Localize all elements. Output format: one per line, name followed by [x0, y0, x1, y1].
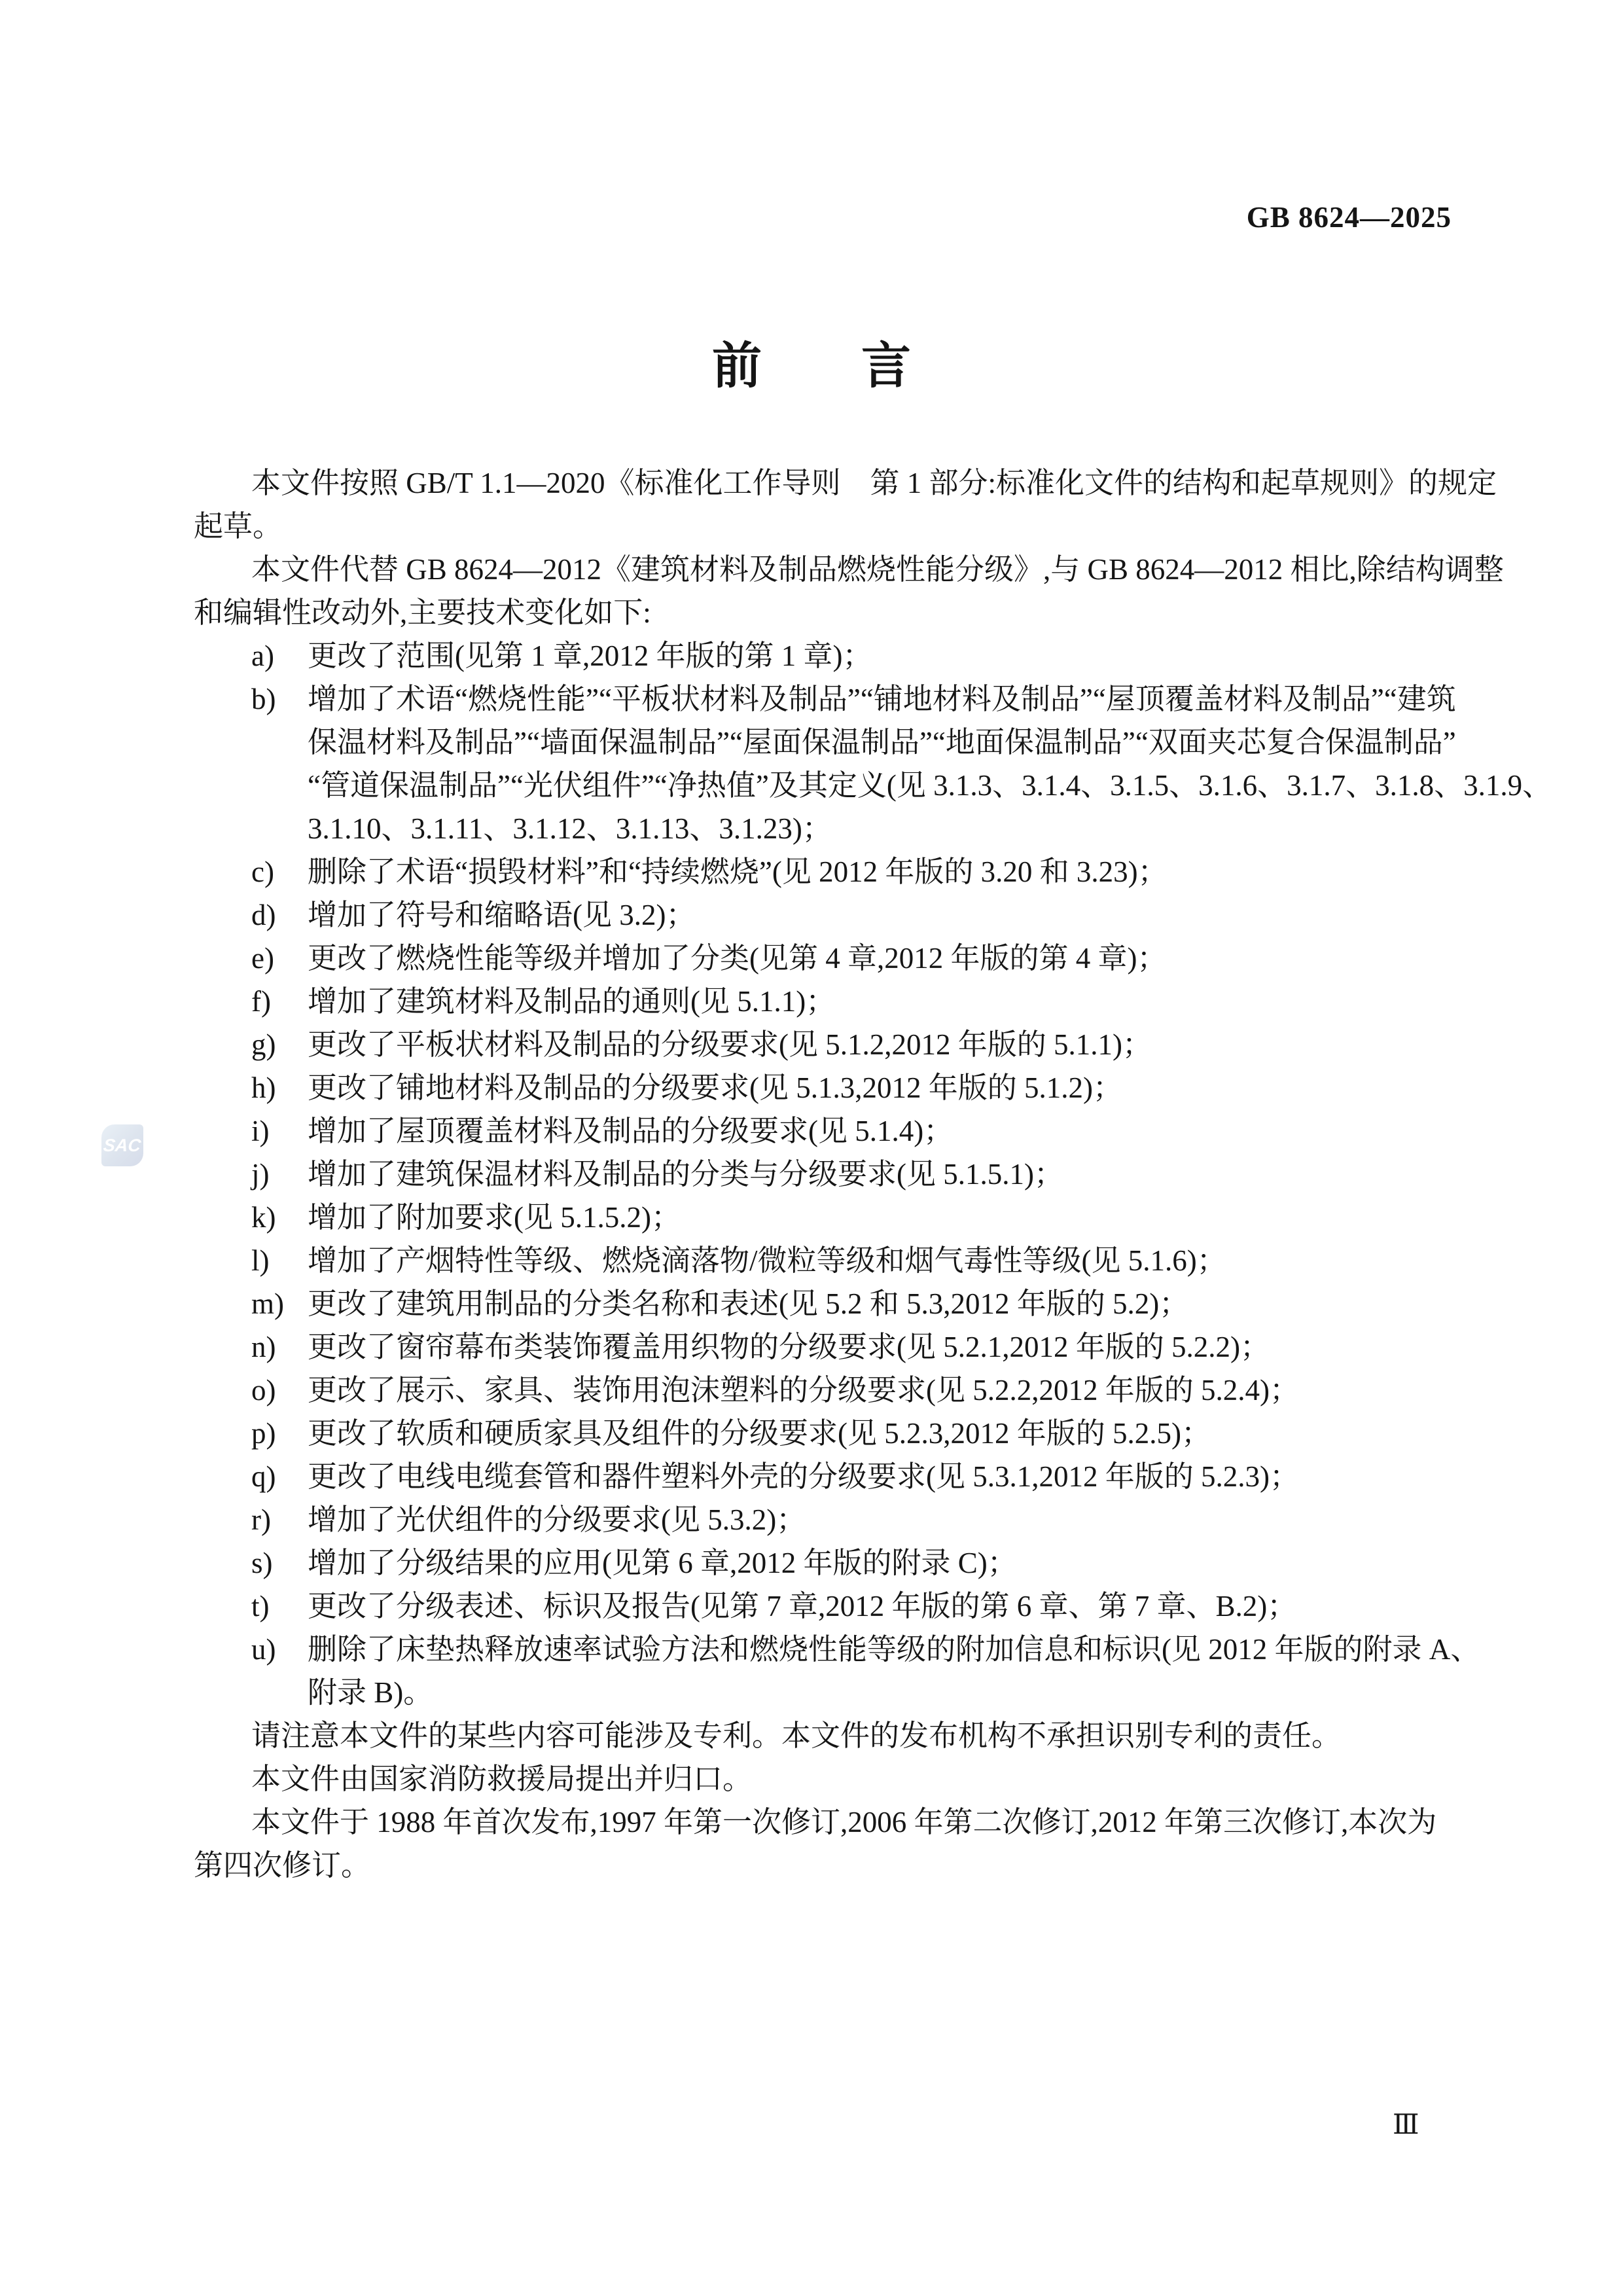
list-marker: f)	[251, 980, 271, 1023]
text-line: 更改了电线电缆套管和器件塑料外壳的分级要求(见 5.3.1,2012 年版的 5…	[308, 1455, 1432, 1498]
text-line: 本文件代替 GB 8624—2012《建筑材料及制品燃烧性能分级》,与 GB 8…	[194, 548, 1432, 591]
list-marker: c)	[251, 850, 274, 893]
list-marker: d)	[251, 893, 276, 937]
list-item-k: k)增加了附加要求(见 5.1.5.2)；	[194, 1196, 1432, 1239]
text-line: 本文件按照 GB/T 1.1—2020《标准化工作导则 第 1 部分:标准化文件…	[194, 461, 1432, 505]
list-item-u: u)删除了床垫热释放速率试验方法和燃烧性能等级的附加信息和标识(见 2012 年…	[194, 1628, 1432, 1714]
list-marker: g)	[251, 1023, 276, 1066]
text-line: 更改了建筑用制品的分类名称和表述(见 5.2 和 5.3,2012 年版的 5.…	[308, 1282, 1432, 1325]
foreword-title: 前 言	[0, 342, 1623, 391]
text-line: 保温材料及制品”“墙面保温制品”“屋面保温制品”“地面保温制品”“双面夹芯复合保…	[308, 721, 1432, 764]
text-line: 增加了符号和缩略语(见 3.2)；	[308, 893, 1432, 937]
text-line: 本文件于 1988 年首次发布,1997 年第一次修订,2006 年第二次修订,…	[194, 1801, 1432, 1844]
list-marker: u)	[251, 1628, 276, 1671]
text-line: “管道保温制品”“光伏组件”“净热值”及其定义(见 3.1.3、3.1.4、3.…	[308, 764, 1432, 807]
document-page: GB 8624—2025 前 言 SAC 本文件按照 GB/T 1.1—2020…	[0, 0, 1623, 2296]
list-marker: l)	[251, 1239, 270, 1282]
list-marker: b)	[251, 677, 276, 721]
list-marker: s)	[251, 1541, 273, 1585]
list-item-b: b)增加了术语“燃烧性能”“平板状材料及制品”“铺地材料及制品”“屋顶覆盖材料及…	[194, 677, 1432, 850]
text-line: 更改了铺地材料及制品的分级要求(见 5.1.3,2012 年版的 5.1.2)；	[308, 1066, 1432, 1109]
sac-logo-text: SAC	[103, 1136, 142, 1156]
list-marker: q)	[251, 1455, 276, 1498]
text-line: 更改了平板状材料及制品的分级要求(见 5.1.2,2012 年版的 5.1.1)…	[308, 1023, 1432, 1066]
list-marker: e)	[251, 937, 274, 980]
text-line: 增加了建筑保温材料及制品的分类与分级要求(见 5.1.5.1)；	[308, 1153, 1432, 1196]
list-marker: r)	[251, 1498, 271, 1541]
text-line: 第四次修订。	[194, 1844, 1432, 1887]
list-item-t: t)更改了分级表述、标识及报告(见第 7 章,2012 年版的第 6 章、第 7…	[194, 1585, 1432, 1628]
list-marker: a)	[251, 634, 274, 677]
text-line: 更改了软质和硬质家具及组件的分级要求(见 5.2.3,2012 年版的 5.2.…	[308, 1412, 1432, 1455]
list-item-d: d)增加了符号和缩略语(见 3.2)；	[194, 893, 1432, 937]
list-item-e: e)更改了燃烧性能等级并增加了分类(见第 4 章,2012 年版的第 4 章)；	[194, 937, 1432, 980]
text-line: 和编辑性改动外,主要技术变化如下:	[194, 591, 1432, 634]
list-item-s: s)增加了分级结果的应用(见第 6 章,2012 年版的附录 C)；	[194, 1541, 1432, 1585]
list-item-r: r)增加了光伏组件的分级要求(见 5.3.2)；	[194, 1498, 1432, 1541]
list-marker: j)	[251, 1153, 270, 1196]
list-item-c: c)删除了术语“损毁材料”和“持续燃烧”(见 2012 年版的 3.20 和 3…	[194, 850, 1432, 893]
text-line: 增加了分级结果的应用(见第 6 章,2012 年版的附录 C)；	[308, 1541, 1432, 1585]
text-line: 删除了床垫热释放速率试验方法和燃烧性能等级的附加信息和标识(见 2012 年版的…	[308, 1628, 1432, 1671]
text-line: 增加了术语“燃烧性能”“平板状材料及制品”“铺地材料及制品”“屋顶覆盖材料及制品…	[308, 677, 1432, 721]
foreword-body: 本文件按照 GB/T 1.1—2020《标准化工作导则 第 1 部分:标准化文件…	[194, 461, 1432, 1887]
sac-logo: SAC	[101, 1124, 143, 1166]
list-item-o: o)更改了展示、家具、装饰用泡沫塑料的分级要求(见 5.2.2,2012 年版的…	[194, 1369, 1432, 1412]
text-line: 更改了展示、家具、装饰用泡沫塑料的分级要求(见 5.2.2,2012 年版的 5…	[308, 1369, 1432, 1412]
text-line: 增加了附加要求(见 5.1.5.2)；	[308, 1196, 1432, 1239]
list-marker: i)	[251, 1109, 270, 1153]
list-item-i: i)增加了屋顶覆盖材料及制品的分级要求(见 5.1.4)；	[194, 1109, 1432, 1153]
text-line: 增加了光伏组件的分级要求(见 5.3.2)；	[308, 1498, 1432, 1541]
text-line: 3.1.10、3.1.11、3.1.12、3.1.13、3.1.23)；	[308, 807, 1432, 850]
list-item-p: p)更改了软质和硬质家具及组件的分级要求(见 5.2.3,2012 年版的 5.…	[194, 1412, 1432, 1455]
standard-code: GB 8624—2025	[1247, 200, 1452, 234]
list-item-m: m)更改了建筑用制品的分类名称和表述(见 5.2 和 5.3,2012 年版的 …	[194, 1282, 1432, 1325]
list-item-q: q)更改了电线电缆套管和器件塑料外壳的分级要求(见 5.3.1,2012 年版的…	[194, 1455, 1432, 1498]
text-line: 请注意本文件的某些内容可能涉及专利。本文件的发布机构不承担识别专利的责任。	[194, 1714, 1432, 1757]
text-line: 更改了范围(见第 1 章,2012 年版的第 1 章)；	[308, 634, 1432, 677]
text-line: 增加了屋顶覆盖材料及制品的分级要求(见 5.1.4)；	[308, 1109, 1432, 1153]
text-line: 增加了产烟特性等级、燃烧滴落物/微粒等级和烟气毒性等级(见 5.1.6)；	[308, 1239, 1432, 1282]
text-line: 删除了术语“损毁材料”和“持续燃烧”(见 2012 年版的 3.20 和 3.2…	[308, 850, 1432, 893]
text-line: 本文件由国家消防救援局提出并归口。	[194, 1757, 1432, 1801]
list-marker: o)	[251, 1369, 276, 1412]
list-marker: m)	[251, 1282, 284, 1325]
text-line: 增加了建筑材料及制品的通则(见 5.1.1)；	[308, 980, 1432, 1023]
list-marker: t)	[251, 1585, 270, 1628]
text-line: 更改了窗帘幕布类装饰覆盖用织物的分级要求(见 5.2.1,2012 年版的 5.…	[308, 1325, 1432, 1369]
text-line: 起草。	[194, 505, 1432, 548]
list-item-n: n)更改了窗帘幕布类装饰覆盖用织物的分级要求(见 5.2.1,2012 年版的 …	[194, 1325, 1432, 1369]
page-number: Ⅲ	[1393, 2111, 1419, 2139]
list-item-j: j)增加了建筑保温材料及制品的分类与分级要求(见 5.1.5.1)；	[194, 1153, 1432, 1196]
list-item-a: a)更改了范围(见第 1 章,2012 年版的第 1 章)；	[194, 634, 1432, 677]
list-item-l: l)增加了产烟特性等级、燃烧滴落物/微粒等级和烟气毒性等级(见 5.1.6)；	[194, 1239, 1432, 1282]
list-item-g: g)更改了平板状材料及制品的分级要求(见 5.1.2,2012 年版的 5.1.…	[194, 1023, 1432, 1066]
text-line: 更改了分级表述、标识及报告(见第 7 章,2012 年版的第 6 章、第 7 章…	[308, 1585, 1432, 1628]
list-marker: h)	[251, 1066, 276, 1109]
list-marker: n)	[251, 1325, 276, 1369]
text-line: 附录 B)。	[308, 1671, 1432, 1714]
list-item-f: f)增加了建筑材料及制品的通则(见 5.1.1)；	[194, 980, 1432, 1023]
list-marker: k)	[251, 1196, 276, 1239]
list-item-h: h)更改了铺地材料及制品的分级要求(见 5.1.3,2012 年版的 5.1.2…	[194, 1066, 1432, 1109]
text-line: 更改了燃烧性能等级并增加了分类(见第 4 章,2012 年版的第 4 章)；	[308, 937, 1432, 980]
list-marker: p)	[251, 1412, 276, 1455]
